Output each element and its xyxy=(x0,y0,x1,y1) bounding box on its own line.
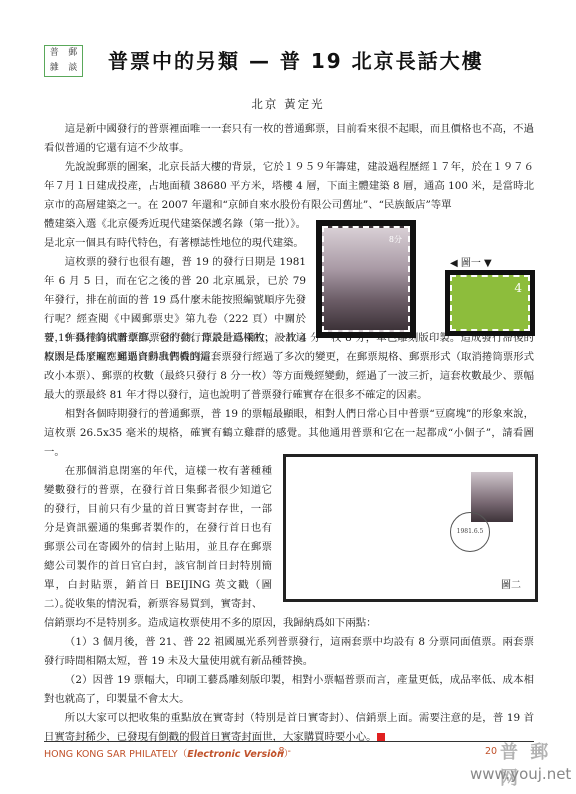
paragraph-reason-2: （2）因普 19 票幅大，印刷工藝爲雕刻版印製，相對小票幅普票而言，產量更低，成… xyxy=(44,671,534,709)
watermark-url: www.youj.net xyxy=(470,765,571,783)
badge-char: 郵 xyxy=(64,46,83,61)
paragraph-design: 先說說郵票的圖案，北京長話大樓的背景，它於１９５９年籌建，建設過程歷經１７年，於… xyxy=(44,158,534,215)
publication-name: HONG KONG SAR PHILATELY（ xyxy=(44,749,187,760)
article-title: 普票中的另類 — 普 19 北京長話大樓 xyxy=(108,45,484,74)
paragraph-collect: 從收集的情況看，新票容易買到，實寄封、 xyxy=(44,595,272,614)
end-mark-icon xyxy=(377,733,385,741)
stamp-image-small: 4 xyxy=(445,270,535,336)
stamp-value: 4 xyxy=(514,281,522,295)
paragraph-reason-1: （1）3 個月後，普 21、普 22 祖國風光系列普票發行，這兩套票中均設有 8… xyxy=(44,633,534,671)
badge-char: 談 xyxy=(64,61,83,76)
edition-label: Electronic Version xyxy=(187,749,284,760)
page-number: - 8 - xyxy=(272,746,291,757)
paragraph-intro: 這是新中國發行的普票裡面唯一一套只有一枚的普通郵票，目前看來很不起眼，而且價格也… xyxy=(44,120,534,158)
footer-divider xyxy=(44,741,534,742)
figure-1-caption: ◀ 圖一 ▼ xyxy=(450,254,492,269)
conclusion-text: 所以大家可以把收集的重點放在實寄封（特別是首日實寄封）、信銷票上面。需要注意的是… xyxy=(44,712,534,743)
paragraph-fdc: 在那個消息閉塞的年代，這樣一枚有著種種變數發行的普票，在發行首日集郵者很少知道它… xyxy=(44,462,272,614)
figure-2-caption: 圖二 xyxy=(501,576,521,591)
footer-year: 20 xyxy=(485,746,497,757)
first-day-cover-image: 1981.6.5 圖二 xyxy=(283,454,538,602)
author-line: 北京 黃定光 xyxy=(0,96,576,112)
postmark: 1981.6.5 xyxy=(450,512,490,552)
badge-char: 雜 xyxy=(45,61,64,76)
badge-char: 普 xyxy=(45,46,64,61)
paragraph-reasons: 信銷票均不是特別多。造成這枚票使用不多的原因，我歸納爲如下兩點： xyxy=(44,614,534,633)
paragraph-delay: 要，作爲捲筒式普票郵票發行的。原設計爲兩枚，一枚 4 分一枚 8 分，單色雕刻版… xyxy=(44,329,534,405)
stamp-value: 8分 xyxy=(389,234,402,245)
column-badge: 普 郵 雜 談 xyxy=(44,45,83,77)
paragraph-design-cont: 體建築入選《北京優秀近現代建築保護名錄（第一批）》。是北京一個具有時代特色，有著… xyxy=(44,215,306,253)
stamp-image-pu19: 8分 xyxy=(316,220,416,338)
footer-publication: HONG KONG SAR PHILATELY（Electronic Versi… xyxy=(44,746,293,760)
